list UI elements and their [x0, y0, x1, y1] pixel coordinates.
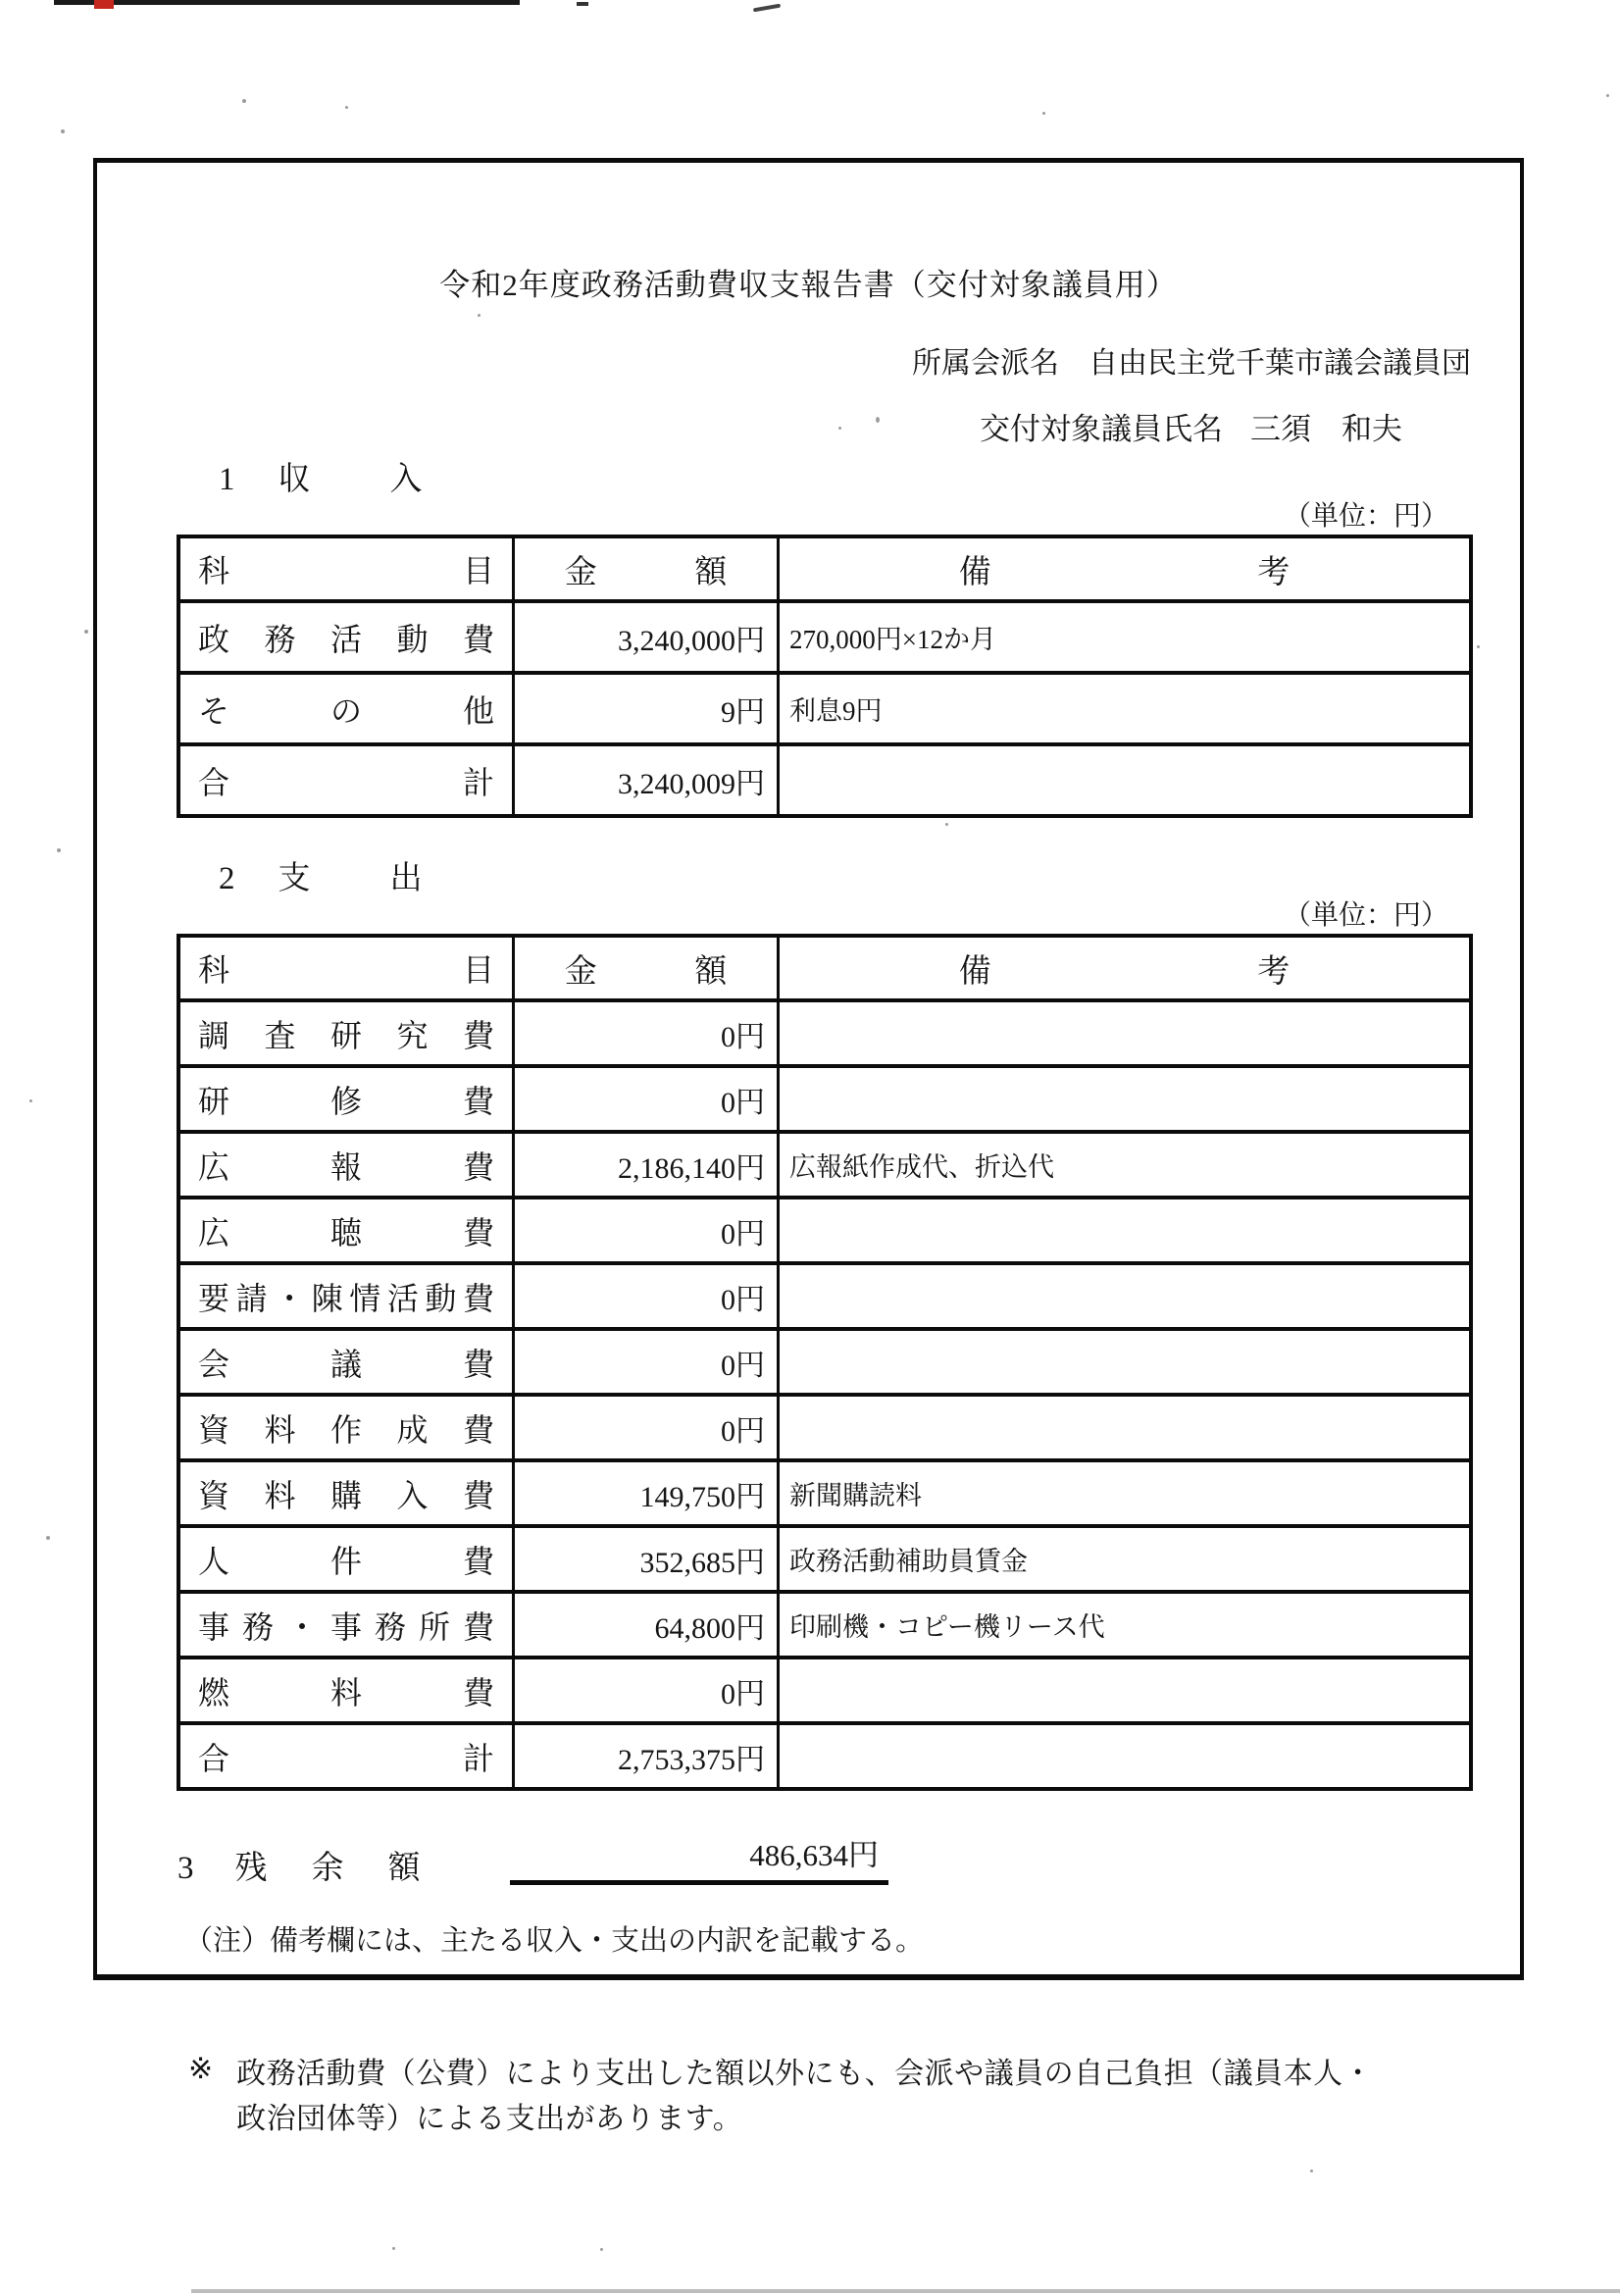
- table-row: 要請・陳情活動費 0円: [180, 1261, 1469, 1327]
- remarks-cell: 新聞購読料: [777, 1462, 1469, 1524]
- scanned-report-page: 令和2年度政務活動費収支報告書（交付対象議員用） 所属会派名 自由民主党千葉市議…: [0, 0, 1620, 2296]
- scan-speck: [1606, 94, 1609, 97]
- subject-cell: 資料購入費: [180, 1462, 512, 1524]
- section-number: 1: [219, 462, 235, 498]
- col-header-amount: 金額: [512, 538, 777, 599]
- scan-speck: [1310, 2169, 1313, 2172]
- remarks-cell: [777, 1331, 1469, 1393]
- table-row: 合計 2,753,375円: [180, 1721, 1469, 1787]
- table-row: 政務活動費 3,240,000円 270,000円×12か月: [180, 599, 1469, 671]
- amount-cell: 0円: [512, 1199, 777, 1261]
- amount-cell: 0円: [512, 1002, 777, 1064]
- balance-label: 残 余 額: [235, 1842, 427, 1888]
- scan-speck: [345, 106, 348, 109]
- scan-speck: [392, 2247, 395, 2250]
- amount-cell: 2,186,140円: [512, 1134, 777, 1196]
- amount-cell: 3,240,000円: [512, 603, 777, 671]
- remarks-cell: [777, 1725, 1469, 1787]
- section-expense-heading: 2 支 出: [219, 852, 428, 898]
- faction-value: 自由民主党千葉市議会議員団: [1088, 338, 1471, 382]
- remarks-cell: [777, 1199, 1469, 1261]
- subject-cell: 合計: [180, 1725, 512, 1787]
- scan-speck: [242, 99, 246, 103]
- section-title: 収 入: [278, 453, 428, 499]
- subject-cell: 研修費: [180, 1068, 512, 1130]
- table-row: 研修費 0円: [180, 1064, 1469, 1130]
- subject-cell: 燃料費: [180, 1659, 512, 1721]
- footnote-line: 政治団体等）による支出があります。: [236, 2097, 1373, 2142]
- subject-cell: 政務活動費: [180, 603, 512, 671]
- amount-cell: 9円: [512, 675, 777, 742]
- table-row: 資料購入費 149,750円 新聞購読料: [180, 1458, 1469, 1524]
- remarks-cell: 政務活動補助員賃金: [777, 1528, 1469, 1590]
- faction-label: 所属会派名: [912, 338, 1059, 382]
- amount-cell: 3,240,009円: [512, 746, 777, 814]
- table-row: 合計 3,240,009円: [180, 742, 1469, 814]
- section-title: 支 出: [278, 852, 428, 898]
- remarks-cell: [777, 1659, 1469, 1721]
- col-header-remarks: 備考: [777, 938, 1469, 998]
- member-line: 交付対象議員氏名 三須 和夫: [980, 404, 1402, 448]
- section-number: 3: [177, 1851, 194, 1887]
- subject-cell: 広聴費: [180, 1199, 512, 1261]
- remarks-note: （注）備考欄には、主たる収入・支出の内訳を記載する。: [184, 1918, 924, 1959]
- member-value: 三須 和夫: [1250, 404, 1402, 448]
- scan-speck: [600, 2248, 603, 2251]
- scan-speck: [57, 848, 61, 852]
- scan-artifact-top-strip: [54, 0, 520, 5]
- member-label: 交付対象議員氏名: [980, 404, 1223, 448]
- subject-cell: 資料作成費: [180, 1397, 512, 1458]
- scan-artifact-red-mark: [94, 0, 114, 9]
- income-table: 科目 金額 備考 政務活動費 3,240,000円 270,000円×12か月 …: [177, 535, 1473, 818]
- remarks-cell: [777, 746, 1469, 814]
- col-header-subject: 科目: [180, 538, 512, 599]
- remarks-cell: [777, 1002, 1469, 1064]
- income-header-row: 科目 金額 備考: [180, 538, 1469, 599]
- subject-cell: 人件費: [180, 1528, 512, 1590]
- subject-cell: 広報費: [180, 1134, 512, 1196]
- remarks-cell: 270,000円×12か月: [777, 603, 1469, 671]
- subject-cell: 要請・陳情活動費: [180, 1265, 512, 1327]
- unit-note: （単位：円）: [1284, 893, 1448, 933]
- subject-cell: 会議費: [180, 1331, 512, 1393]
- amount-cell: 0円: [512, 1659, 777, 1721]
- amount-cell: 0円: [512, 1265, 777, 1327]
- amount-cell: 0円: [512, 1331, 777, 1393]
- table-row: 調査研究費 0円: [180, 998, 1469, 1064]
- col-header-remarks: 備考: [777, 538, 1469, 599]
- amount-cell: 352,685円: [512, 1528, 777, 1590]
- faction-line: 所属会派名 自由民主党千葉市議会議員団: [912, 338, 1471, 382]
- scan-speck: [46, 1536, 50, 1540]
- table-row: 事務・事務所費 64,800円 印刷機・コピー機リース代: [180, 1590, 1469, 1656]
- scan-speck: [84, 630, 88, 634]
- scan-artifact-bottom-strip: [191, 2289, 1620, 2293]
- page-title: 令和2年度政務活動費収支報告書（交付対象議員用）: [93, 260, 1524, 304]
- remarks-cell: 利息9円: [777, 675, 1469, 742]
- subject-cell: 事務・事務所費: [180, 1594, 512, 1656]
- scan-artifact-dash: [577, 2, 588, 6]
- scan-artifact-tilde: [753, 4, 781, 13]
- amount-cell: 2,753,375円: [512, 1725, 777, 1787]
- remarks-cell: [777, 1068, 1469, 1130]
- table-row: 広聴費 0円: [180, 1196, 1469, 1261]
- scan-speck: [29, 1099, 32, 1102]
- subject-cell: 調査研究費: [180, 1002, 512, 1064]
- amount-cell: 0円: [512, 1068, 777, 1130]
- footnote: ※ 政務活動費（公費）により支出した額以外にも、会派や議員の自己負担（議員本人・…: [188, 2052, 1373, 2142]
- footnote-line: 政務活動費（公費）により支出した額以外にも、会派や議員の自己負担（議員本人・: [236, 2052, 1373, 2097]
- table-row: 広報費 2,186,140円 広報紙作成代、折込代: [180, 1130, 1469, 1196]
- amount-cell: 149,750円: [512, 1462, 777, 1524]
- section-balance-heading: 3 残 余 額: [177, 1842, 427, 1888]
- section-number: 2: [219, 861, 235, 897]
- expense-header-row: 科目 金額 備考: [180, 938, 1469, 998]
- subject-cell: 合計: [180, 746, 512, 814]
- section-income-heading: 1 収 入: [219, 453, 428, 499]
- col-header-subject: 科目: [180, 938, 512, 998]
- expense-table: 科目 金額 備考 調査研究費 0円 研修費 0円 広報費 2,186,140円 …: [177, 934, 1473, 1791]
- remarks-cell: 広報紙作成代、折込代: [777, 1134, 1469, 1196]
- scan-speck: [1042, 112, 1045, 115]
- remarks-cell: [777, 1397, 1469, 1458]
- subject-cell: その他: [180, 675, 512, 742]
- table-row: その他 9円 利息9円: [180, 671, 1469, 742]
- table-row: 燃料費 0円: [180, 1656, 1469, 1721]
- scan-speck: [61, 129, 65, 133]
- remarks-cell: [777, 1265, 1469, 1327]
- balance-amount: 486,634円: [510, 1832, 888, 1885]
- unit-note: （単位：円）: [1284, 494, 1448, 534]
- table-row: 会議費 0円: [180, 1327, 1469, 1393]
- amount-cell: 64,800円: [512, 1594, 777, 1656]
- col-header-amount: 金額: [512, 938, 777, 998]
- amount-cell: 0円: [512, 1397, 777, 1458]
- table-row: 人件費 352,685円 政務活動補助員賃金: [180, 1524, 1469, 1590]
- remarks-cell: 印刷機・コピー機リース代: [777, 1594, 1469, 1656]
- footnote-marker: ※: [188, 2052, 213, 2142]
- table-row: 資料作成費 0円: [180, 1393, 1469, 1458]
